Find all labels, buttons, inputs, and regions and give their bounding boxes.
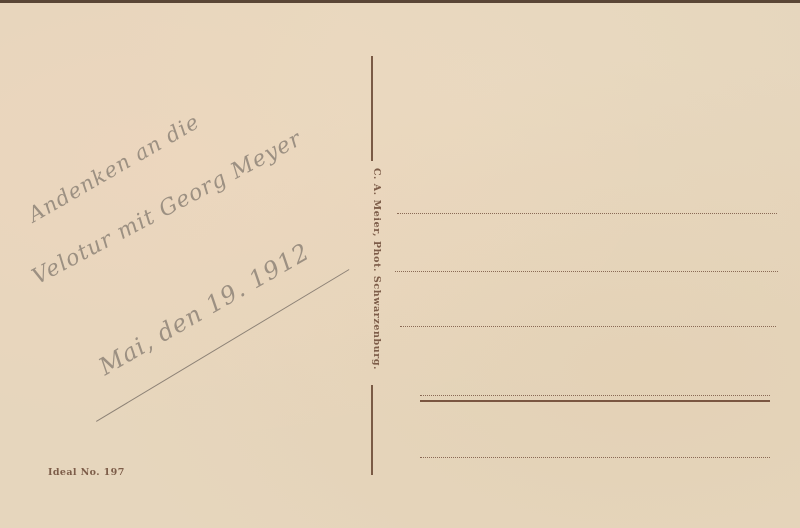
address-line-4 [420,395,770,396]
postcard-back: C. A. Meier, Phot. Schwarzenburg. Andenk… [0,0,800,528]
divider-line-top [371,56,373,161]
divider-line-bottom [371,385,373,475]
address-line-5 [420,457,770,458]
address-line-2 [395,271,778,272]
publisher-imprint: C. A. Meier, Phot. Schwarzenburg. [371,168,382,370]
address-line-3 [400,326,776,327]
address-underline-solid [420,400,770,402]
address-line-1 [397,213,777,214]
catalog-number: Ideal No. 197 [48,467,125,478]
